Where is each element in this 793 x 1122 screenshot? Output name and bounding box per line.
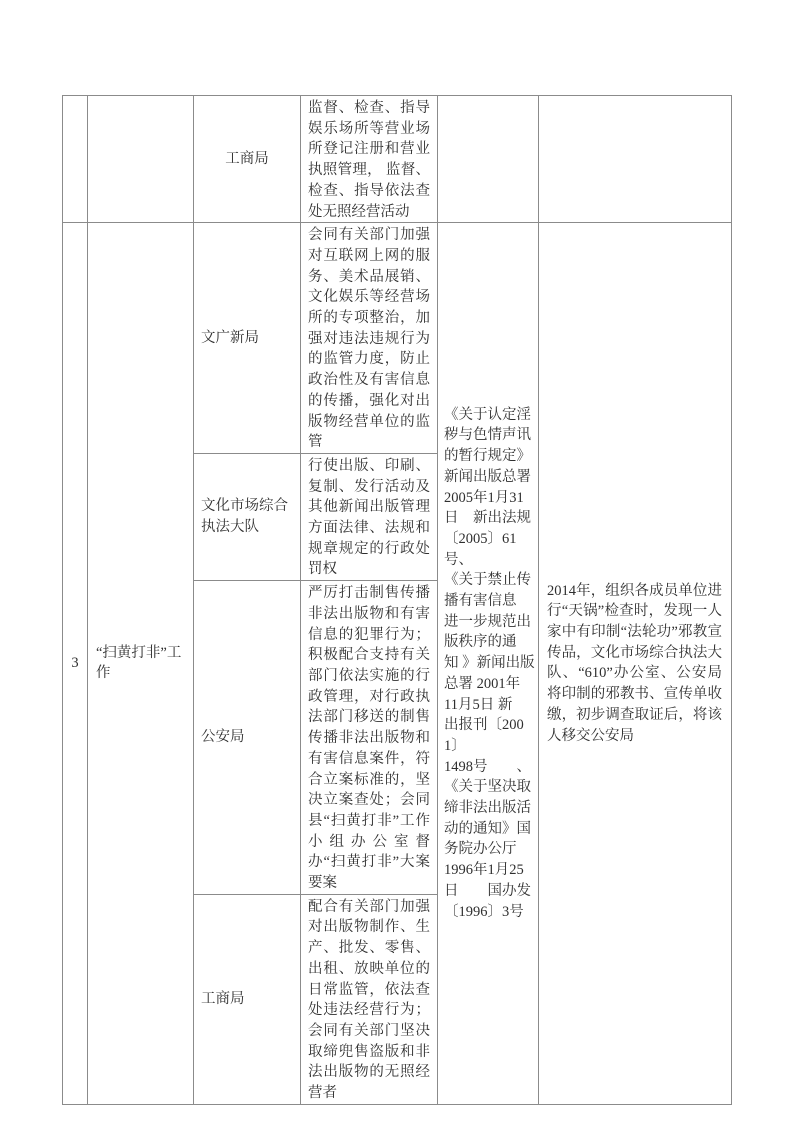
work-duties-table: 工商局 监督、检查、指导娱乐场所等营业场所登记注册和营业执照管理， 监督、检查、… [62, 95, 732, 1105]
cell-duties: 行使出版、印刷、复制、发行活动及其他新闻出版管理方面法律、法规和规章规定的行政处… [301, 453, 438, 580]
cell-duties: 配合有关部门加强对出版物制作、生产、批发、零售、出租、放映单位的日常监管，依法查… [301, 894, 438, 1104]
cell-empty-case-example [539, 96, 732, 223]
table-row-continuation: 工商局 监督、检查、指导娱乐场所等营业场所登记注册和营业执照管理， 监督、检查、… [63, 96, 732, 223]
cell-duties: 严厉打击制售传播非法出版物和有害信息的犯罪行为；积极配合支持有关部门依法实施的行… [301, 581, 438, 895]
document-page: 工商局 监督、检查、指导娱乐场所等营业场所登记注册和营业执照管理， 监督、检查、… [0, 0, 793, 1122]
cell-case-example: 2014年，组织各成员单位进行“天锅”检查时，发现一人家中有印制“法轮功”邪教宣… [539, 223, 732, 1105]
cell-department: 文广新局 [194, 223, 301, 454]
cell-department: 工商局 [194, 96, 301, 223]
cell-legal-basis: 《关于认定淫 秽与色情声讯 的暂行规定》 新闻出版总署 2005年1月31 日 … [438, 223, 539, 1105]
table-row-subrow: 3 “扫黄打非”工作 文广新局 会同有关部门加强对互联网上网的服务、美术品展销、… [63, 223, 732, 454]
cell-department: 公安局 [194, 581, 301, 895]
cell-task-name: “扫黄打非”工作 [88, 223, 194, 1105]
cell-empty-number [63, 96, 88, 223]
cell-duties: 会同有关部门加强对互联网上网的服务、美术品展销、文化娱乐等经营场所的专项整治，加… [301, 223, 438, 454]
cell-sequence-number: 3 [63, 223, 88, 1105]
cell-empty-task-name [88, 96, 194, 223]
cell-empty-legal-basis [438, 96, 539, 223]
cell-department: 文化市场综合执法大队 [194, 453, 301, 580]
cell-duties: 监督、检查、指导娱乐场所等营业场所登记注册和营业执照管理， 监督、检查、指导依法… [301, 96, 438, 223]
cell-department: 工商局 [194, 894, 301, 1104]
